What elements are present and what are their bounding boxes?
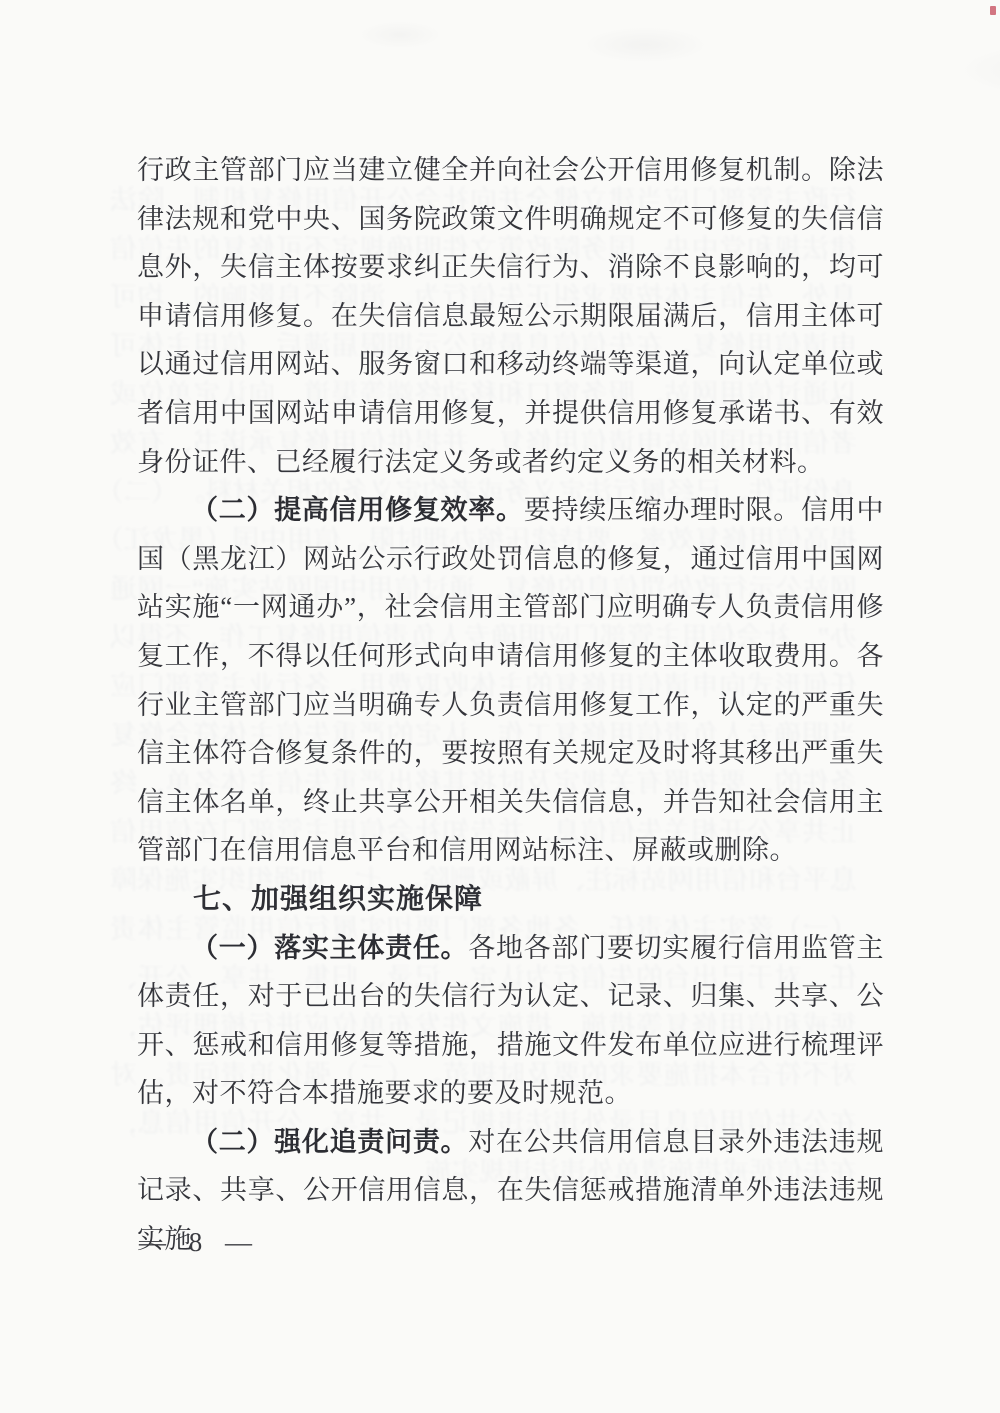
document-body: 行政主管部门应当建立健全并向社会公开信用修复机制。除法律法规和党中央、国务院政策… (137, 146, 884, 1264)
paragraph-lead: （一）落实主体责任。 (191, 933, 468, 963)
document-page: 行政主管部门应当建立健全并向社会公开信用修复机制。除法律法规和党中央、国务院政策… (0, 0, 1000, 1413)
paragraph: （二）提高信用修复效率。要持续压缩办理时限。信用中国（黑龙江）网站公示行政处罚信… (137, 486, 884, 875)
paragraph-text: 行政主管部门应当建立健全并向社会公开信用修复机制。除法律法规和党中央、国务院政策… (137, 155, 884, 477)
scan-artifact-red-speck (990, 6, 996, 15)
paragraph-lead: （二）提高信用修复效率。 (191, 495, 524, 525)
page-number: — 8 — (139, 1222, 260, 1262)
paragraph-text: 要持续压缩办理时限。信用中国（黑龙江）网站公示行政处罚信息的修复，通过信用中国网… (137, 495, 884, 865)
section-heading: 七、加强组织实施保障 (137, 875, 884, 924)
paragraph-lead: （二）强化追责问责。 (191, 1127, 468, 1157)
paragraph: （一）落实主体责任。各地各部门要切实履行信用监管主体责任，对于已出台的失信行为认… (137, 924, 884, 1118)
paragraph: 行政主管部门应当建立健全并向社会公开信用修复机制。除法律法规和党中央、国务院政策… (137, 146, 884, 486)
